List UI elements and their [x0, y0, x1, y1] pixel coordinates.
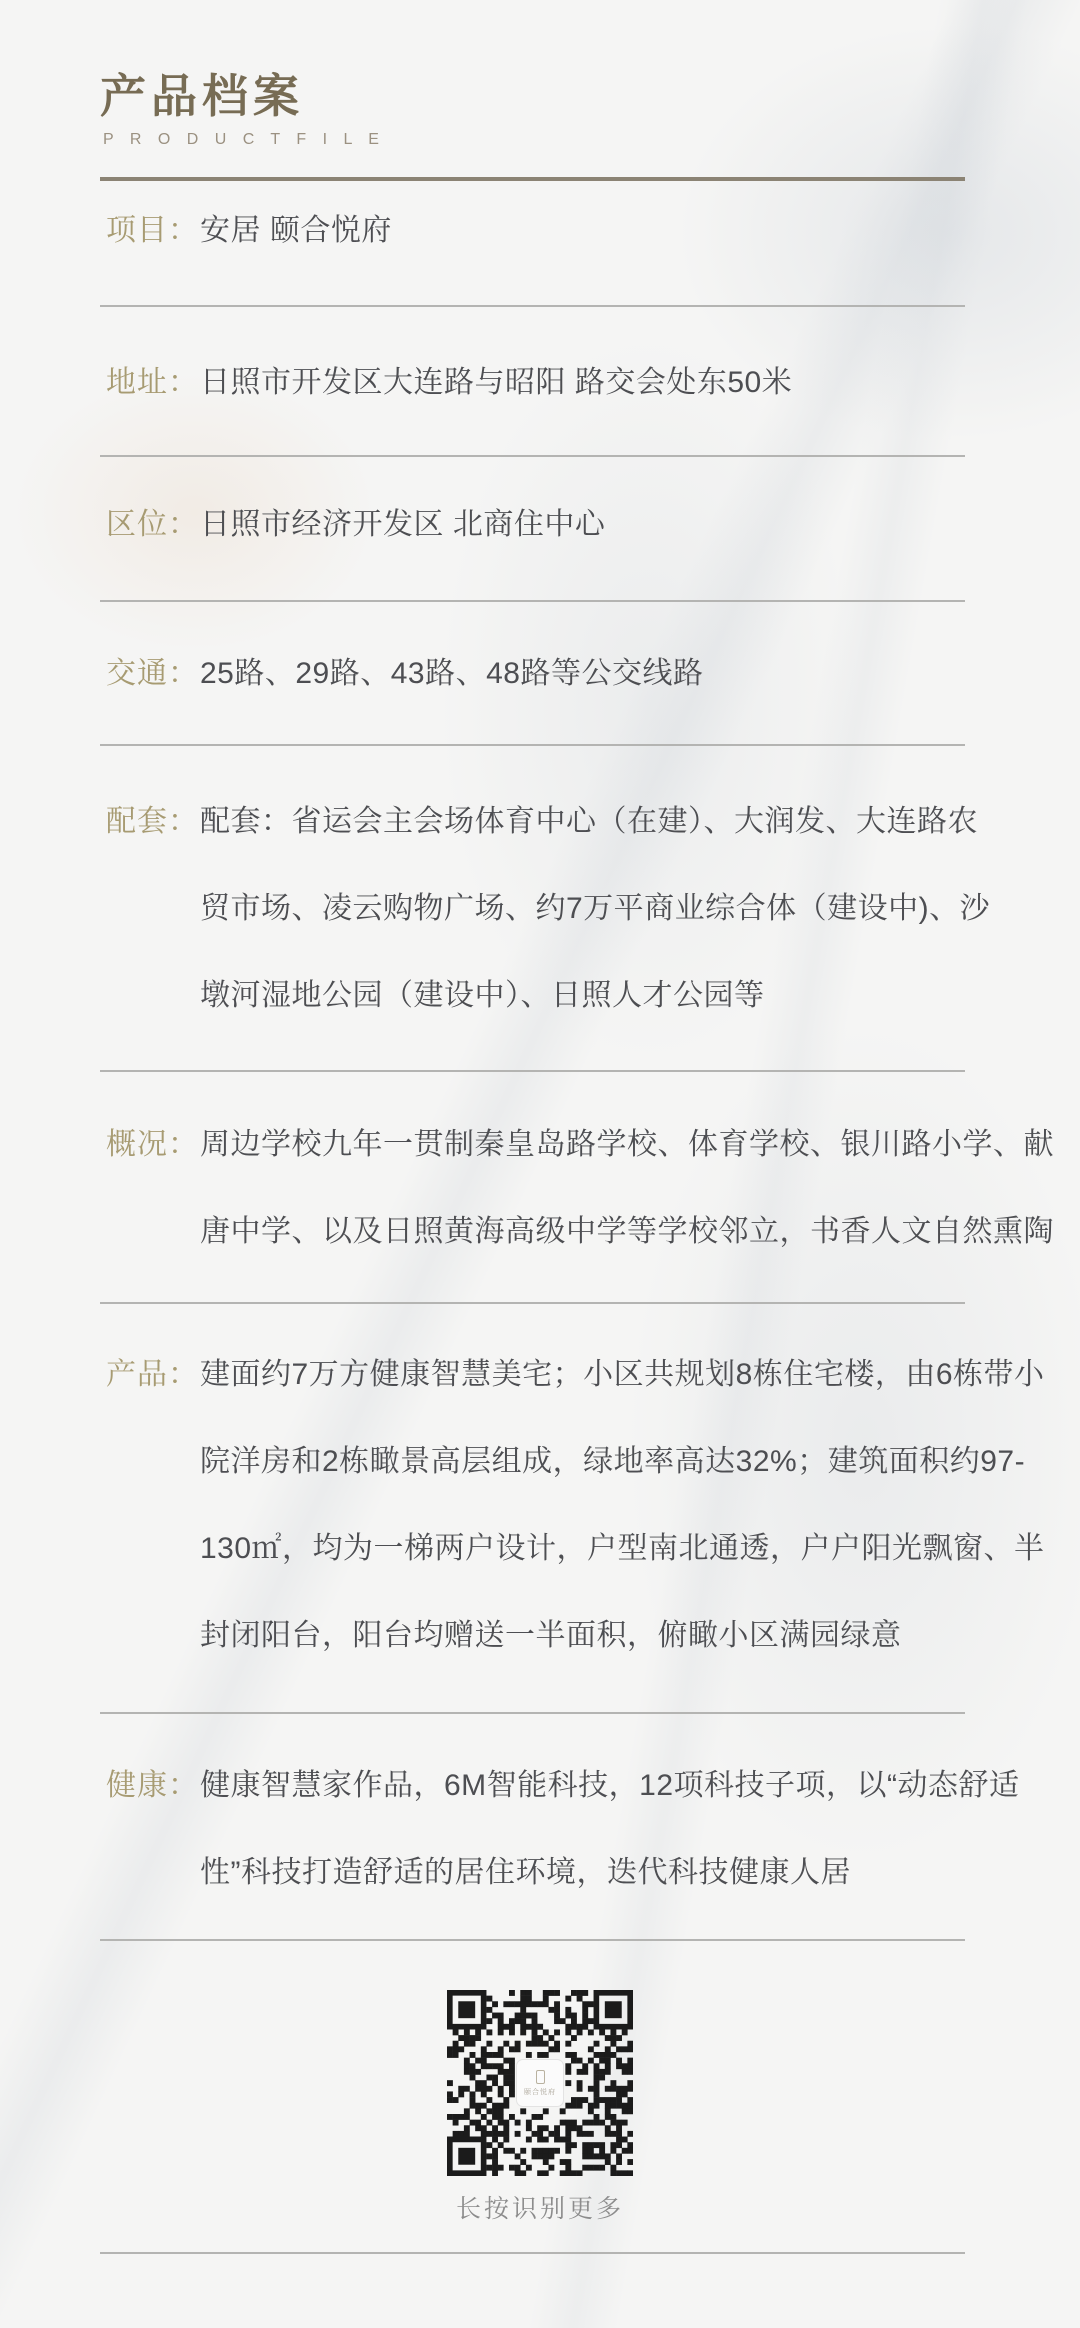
row-product: 产品： 建面约7万方健康智慧美宅；小区共规划8栋住宅楼，由6栋带小 院洋房和2栋…: [100, 1331, 1060, 1679]
qr-caption: 长按识别更多: [0, 2189, 1080, 2225]
row-product-label: 产品：: [100, 1331, 200, 1418]
header-divider: [100, 177, 965, 181]
qr-logo-icon: [536, 2070, 545, 2084]
divider: [100, 305, 965, 307]
row-health: 健康： 健康智慧家作品，6M智能科技，12项科技子项，以“动态舒适 性”科技打造…: [100, 1742, 1060, 1916]
row-transport-label: 交通：: [100, 630, 200, 717]
qr-code[interactable]: 颐合悦府: [447, 1990, 633, 2176]
divider: [100, 1070, 965, 1072]
qr-logo-text: 颐合悦府: [524, 2087, 556, 2097]
row-address: 地址： 日照市开发区大连路与昭阳 路交会处东50米: [100, 339, 1060, 426]
row-health-label: 健康：: [100, 1742, 200, 1829]
row-overview: 概况： 周边学校九年一贯制秦皇岛路学校、体育学校、银川路小学、献 唐中学、以及日…: [100, 1101, 1060, 1275]
divider: [100, 1939, 965, 1941]
row-overview-value: 周边学校九年一贯制秦皇岛路学校、体育学校、银川路小学、献 唐中学、以及日照黄海高…: [200, 1101, 1060, 1275]
divider: [100, 455, 965, 457]
row-location: 区位： 日照市经济开发区 北商住中心: [100, 481, 1060, 568]
row-transport-value: 25路、29路、43路、48路等公交线路: [200, 630, 1060, 717]
row-facilities-label: 配套：: [100, 778, 200, 865]
row-overview-label: 概况：: [100, 1101, 200, 1188]
divider: [100, 1712, 965, 1714]
qr-logo: 颐合悦府: [516, 2059, 564, 2107]
row-facilities: 配套： 配套：省运会主会场体育中心（在建）、大润发、大连路农 贸市场、凌云购物广…: [100, 778, 1060, 1039]
bottom-divider: [100, 2252, 965, 2254]
row-project-value: 安居 颐合悦府: [200, 187, 1060, 274]
row-transport: 交通： 25路、29路、43路、48路等公交线路: [100, 630, 1060, 717]
row-location-value: 日照市经济开发区 北商住中心: [200, 481, 1060, 568]
divider: [100, 600, 965, 602]
row-facilities-value: 配套：省运会主会场体育中心（在建）、大润发、大连路农 贸市场、凌云购物广场、约7…: [200, 778, 1060, 1039]
divider: [100, 1302, 965, 1304]
row-project: 项目： 安居 颐合悦府: [100, 187, 1060, 274]
row-location-label: 区位：: [100, 481, 200, 568]
divider: [100, 744, 965, 746]
page-title: 产品档案: [100, 70, 304, 123]
row-project-label: 项目：: [100, 187, 200, 274]
page-subtitle: P R O D U C T F I L E: [103, 131, 385, 149]
row-address-value: 日照市开发区大连路与昭阳 路交会处东50米: [200, 339, 1060, 426]
row-health-value: 健康智慧家作品，6M智能科技，12项科技子项，以“动态舒适 性”科技打造舒适的居…: [200, 1742, 1060, 1916]
row-address-label: 地址：: [100, 339, 200, 426]
product-file-page: { "header": { "title": "产品档案", "subtitle…: [0, 0, 1080, 2328]
row-product-value: 建面约7万方健康智慧美宅；小区共规划8栋住宅楼，由6栋带小 院洋房和2栋瞰景高层…: [200, 1331, 1060, 1679]
